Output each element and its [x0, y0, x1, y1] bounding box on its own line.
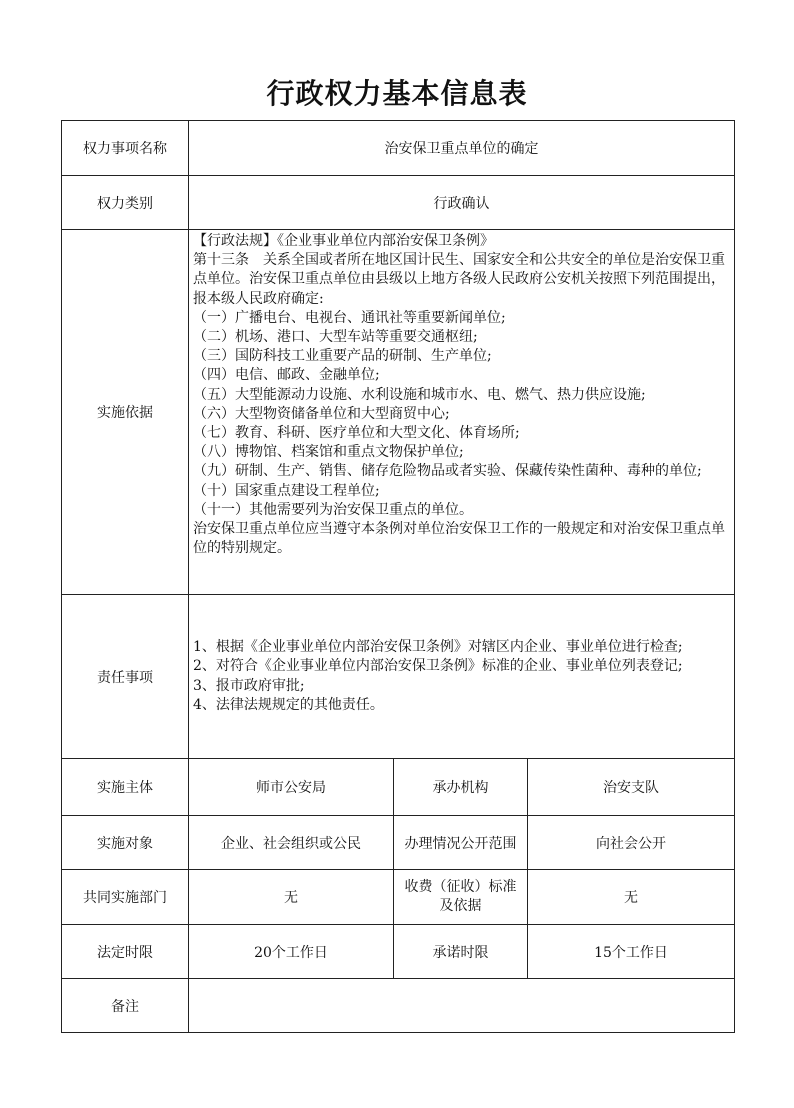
value-limit: 20个工作日: [189, 925, 394, 979]
label-subject: 实施主体: [62, 759, 189, 816]
basis-line: （六）大型物资储备单位和大型商贸中心;: [193, 405, 730, 424]
row-target: 实施对象 企业、社会组织或公民 办理情况公开范围 向社会公开: [62, 816, 735, 870]
basis-line: （十一）其他需要列为治安保卫重点的单位。: [193, 501, 730, 520]
label-disclosure: 办理情况公开范围: [394, 816, 528, 870]
value-target: 企业、社会组织或公民: [189, 816, 394, 870]
value-name: 治安保卫重点单位的确定: [189, 121, 735, 176]
row-remark: 备注: [62, 979, 735, 1033]
value-basis: 【行政法规】《企业事业单位内部治安保卫条例》 第十三条 关系全国或者所在地区国计…: [189, 230, 735, 595]
value-fee: 无: [528, 870, 735, 925]
value-disclosure: 向社会公开: [528, 816, 735, 870]
basis-line: （五）大型能源动力设施、水利设施和城市水、电、燃气、热力供应设施;: [193, 386, 730, 405]
basis-line: （二）机场、港口、大型车站等重要交通枢纽;: [193, 328, 730, 347]
label-responsibility: 责任事项: [62, 595, 189, 759]
label-agency: 承办机构: [394, 759, 528, 816]
responsibility-line: 3、报市政府审批;: [193, 677, 730, 696]
row-limit: 法定时限 20个工作日 承诺时限 15个工作日: [62, 925, 735, 979]
label-limit: 法定时限: [62, 925, 189, 979]
value-remark: [189, 979, 735, 1033]
value-joint: 无: [189, 870, 394, 925]
label-joint: 共同实施部门: [62, 870, 189, 925]
basis-line: 第十三条 关系全国或者所在地区国计民生、国家安全和公共安全的单位是治安保卫重点单…: [193, 251, 730, 309]
value-subject: 师市公安局: [189, 759, 394, 816]
label-basis: 实施依据: [62, 230, 189, 595]
basis-line: 【行政法规】《企业事业单位内部治安保卫条例》: [193, 232, 730, 251]
value-promise: 15个工作日: [528, 925, 735, 979]
row-basis: 实施依据 【行政法规】《企业事业单位内部治安保卫条例》 第十三条 关系全国或者所…: [62, 230, 735, 595]
responsibility-line: 2、对符合《企业事业单位内部治安保卫条例》标准的企业、事业单位列表登记;: [193, 657, 730, 676]
label-name: 权力事项名称: [62, 121, 189, 176]
label-remark: 备注: [62, 979, 189, 1033]
value-agency: 治安支队: [528, 759, 735, 816]
value-category: 行政确认: [189, 176, 735, 230]
label-fee: 收费（征收）标准及依据: [394, 870, 528, 925]
responsibility-line: 4、法律法规规定的其他责任。: [193, 696, 730, 715]
info-table: 权力事项名称 治安保卫重点单位的确定 权力类别 行政确认 实施依据 【行政法规】…: [61, 120, 735, 1033]
label-category: 权力类别: [62, 176, 189, 230]
row-category: 权力类别 行政确认: [62, 176, 735, 230]
row-subject: 实施主体 师市公安局 承办机构 治安支队: [62, 759, 735, 816]
basis-line: （七）教育、科研、医疗单位和大型文化、体育场所;: [193, 424, 730, 443]
basis-line: （一）广播电台、电视台、通讯社等重要新闻单位;: [193, 309, 730, 328]
label-promise: 承诺时限: [394, 925, 528, 979]
row-joint: 共同实施部门 无 收费（征收）标准及依据 无: [62, 870, 735, 925]
basis-line: （三）国防科技工业重要产品的研制、生产单位;: [193, 347, 730, 366]
value-responsibility: 1、根据《企业事业单位内部治安保卫条例》对辖区内企业、事业单位进行检查; 2、对…: [189, 595, 735, 759]
label-target: 实施对象: [62, 816, 189, 870]
basis-line: （四）电信、邮政、金融单位;: [193, 366, 730, 385]
row-name: 权力事项名称 治安保卫重点单位的确定: [62, 121, 735, 176]
page-title: 行政权力基本信息表: [0, 72, 794, 112]
responsibility-line: 1、根据《企业事业单位内部治安保卫条例》对辖区内企业、事业单位进行检查;: [193, 638, 730, 657]
basis-line: 治安保卫重点单位应当遵守本条例对单位治安保卫工作的一般规定和对治安保卫重点单位的…: [193, 520, 730, 558]
basis-line: （八）博物馆、档案馆和重点文物保护单位;: [193, 443, 730, 462]
row-responsibility: 责任事项 1、根据《企业事业单位内部治安保卫条例》对辖区内企业、事业单位进行检查…: [62, 595, 735, 759]
basis-line: （十）国家重点建设工程单位;: [193, 482, 730, 501]
basis-line: （九）研制、生产、销售、储存危险物品或者实验、保藏传染性菌种、毒种的单位;: [193, 462, 730, 481]
